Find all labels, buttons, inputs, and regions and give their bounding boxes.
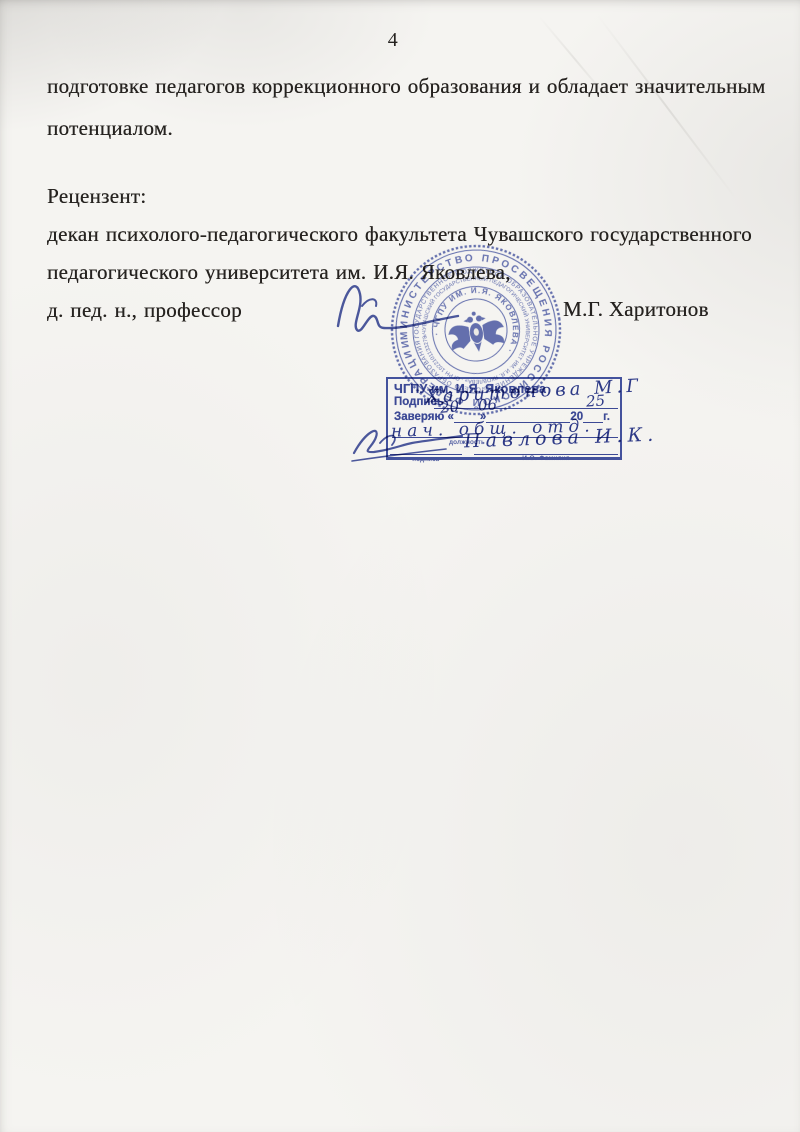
paragraph-line: подготовке педагогов коррекционного обра… <box>47 73 766 99</box>
handwritten-month: 06 <box>478 396 498 415</box>
reviewer-name: М.Г. Харитонов <box>563 297 709 322</box>
page-number: 4 <box>0 29 786 52</box>
dean-signature-scribble <box>332 272 462 342</box>
paragraph-line: потенциалом. <box>47 115 173 141</box>
reviewer-heading: Рецензент: <box>47 183 146 209</box>
reviewer-degree: д. пед. н., профессор <box>47 297 242 323</box>
clerk-signature-scribble <box>350 423 470 468</box>
name-caption: И.О. Фамилия <box>474 455 618 462</box>
handwritten-year: 25 <box>585 391 605 410</box>
year-suffix: г. <box>603 411 610 423</box>
document-page: 4 подготовке педагогов коррекционного об… <box>0 0 800 1132</box>
handwritten-day: 20 <box>439 397 460 417</box>
